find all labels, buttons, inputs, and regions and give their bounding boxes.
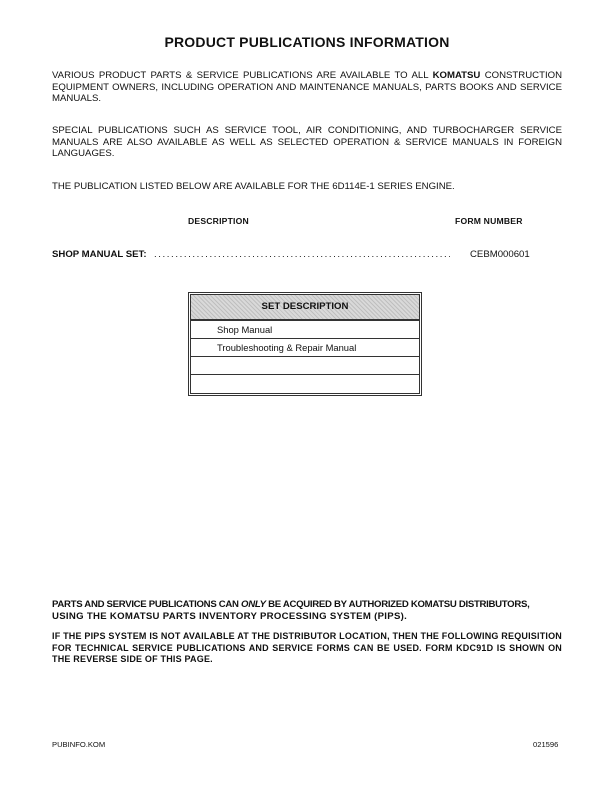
notice-emphasis: ONLY (241, 599, 266, 610)
notice-line-two: USING THE KOMATSU PARTS INVENTORY PROCES… (52, 611, 407, 622)
set-description-row: Troubleshooting & Repair Manual (191, 339, 419, 357)
description-column-header: DESCRIPTION (188, 216, 249, 226)
distributor-notice: PARTS AND SERVICE PUBLICATIONS CAN ONLY … (52, 599, 562, 622)
brand-name: KOMATSU (433, 70, 481, 81)
intro-text-start: VARIOUS PRODUCT PARTS & SERVICE PUBLICAT… (52, 70, 433, 81)
notice-text-end: BE ACQUIRED BY AUTHORIZED KOMATSU DISTRI… (266, 599, 530, 610)
set-description-header: SET DESCRIPTION (191, 295, 419, 321)
dot-leader: ........................................… (154, 249, 450, 260)
form-number-column-header: FORM NUMBER (455, 216, 523, 226)
intro-paragraph: VARIOUS PRODUCT PARTS & SERVICE PUBLICAT… (52, 70, 562, 105)
set-description-row (191, 357, 419, 375)
set-description-row: Shop Manual (191, 321, 419, 339)
special-publications-paragraph: SPECIAL PUBLICATIONS SUCH AS SERVICE TOO… (52, 125, 562, 160)
pips-unavailable-notice: IF THE PIPS SYSTEM IS NOT AVAILABLE AT T… (52, 631, 562, 666)
shop-manual-set-label: SHOP MANUAL SET: (52, 249, 147, 260)
set-description-table: SET DESCRIPTION Shop Manual Troubleshoot… (188, 292, 422, 396)
footer-file-name: PUBINFO.KOM (52, 740, 105, 749)
shop-manual-form-number: CEBM000601 (470, 249, 530, 260)
notice-text-start: PARTS AND SERVICE PUBLICATIONS CAN (52, 599, 241, 610)
footer-date-code: 021596 (533, 740, 558, 749)
engine-series-paragraph: THE PUBLICATION LISTED BELOW ARE AVAILAB… (52, 181, 562, 193)
page-title: PRODUCT PUBLICATIONS INFORMATION (0, 34, 614, 50)
set-description-row (191, 375, 419, 393)
